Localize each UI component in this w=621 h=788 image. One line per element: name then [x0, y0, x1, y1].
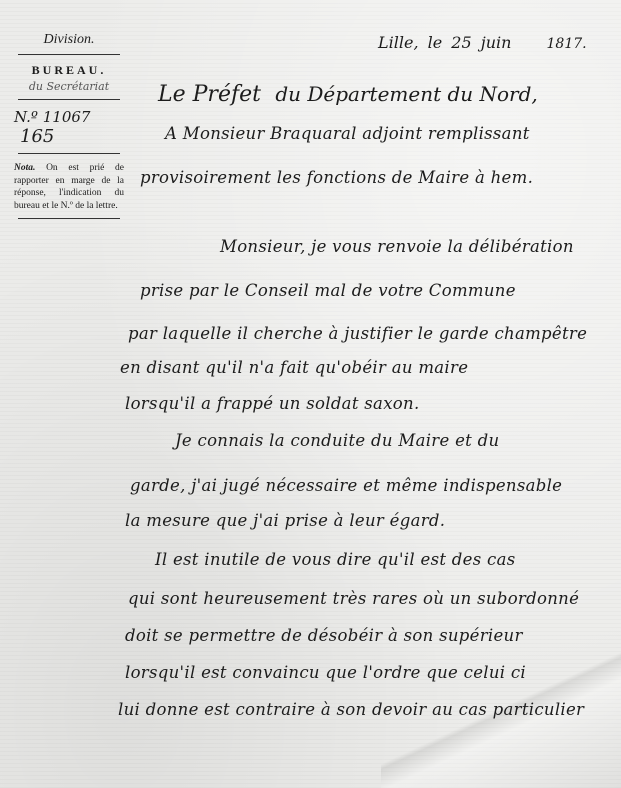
numero-value: N.º 11067	[14, 108, 90, 126]
divider	[18, 153, 120, 154]
year: 1817.	[547, 36, 587, 52]
body-line: lui donne est contraire à son devoir au …	[118, 700, 584, 719]
nota-text: Nota. On est prié de rapporter en marge …	[10, 162, 128, 212]
numero-extra: 165	[20, 126, 54, 147]
body-line: doit se permettre de désobéir à son supé…	[125, 626, 523, 645]
sender-heading: Le Préfet du Département du Nord,	[158, 82, 538, 107]
division-label: Division.	[10, 32, 128, 48]
margin-header-block: Division. BUREAU. du Secrétariat N.º 110…	[10, 28, 128, 225]
body-line: en disant qu'il n'a fait qu'obéir au mai…	[120, 358, 468, 377]
bureau-label: BUREAU.	[10, 63, 128, 78]
letter-page: Division. BUREAU. du Secrétariat N.º 110…	[0, 0, 621, 788]
sender-title: Le Préfet	[158, 82, 261, 107]
body-line: garde, j'ai jugé nécessaire et même indi…	[130, 476, 562, 495]
bureau-name: du Secrétariat	[10, 80, 128, 93]
body-line: Je connais la conduite du Maire et du	[175, 431, 499, 450]
nota-label: Nota.	[14, 163, 35, 173]
addressee-line-1: A Monsieur Braquaral adjoint remplissant	[165, 124, 530, 143]
divider	[18, 218, 120, 219]
divider	[18, 99, 120, 100]
body-line: Monsieur, je vous renvoie la délibératio…	[220, 237, 574, 256]
body-line: la mesure que j'ai prise à leur égard.	[125, 511, 445, 530]
body-line: lorsqu'il a frappé un soldat saxon.	[125, 394, 420, 413]
addressee-line-2: provisoirement les fonctions de Maire à …	[140, 168, 533, 187]
body-line: par laquelle il cherche à justifier le g…	[128, 324, 587, 343]
body-line: Il est inutile de vous dire qu'il est de…	[155, 550, 516, 569]
body-line: qui sont heureusement très rares où un s…	[128, 589, 579, 608]
place-date: Lille, le 25 juin 1817.	[378, 33, 587, 52]
place-date-text: Lille, le 25 juin	[378, 33, 511, 52]
reference-number: N.º 11067 165	[10, 108, 128, 147]
divider	[18, 54, 120, 55]
sender-department: du Département du Nord,	[275, 82, 537, 106]
body-line: prise par le Conseil mal de votre Commun…	[140, 281, 516, 300]
body-line: lorsqu'il est convaincu que l'ordre que …	[125, 663, 526, 682]
